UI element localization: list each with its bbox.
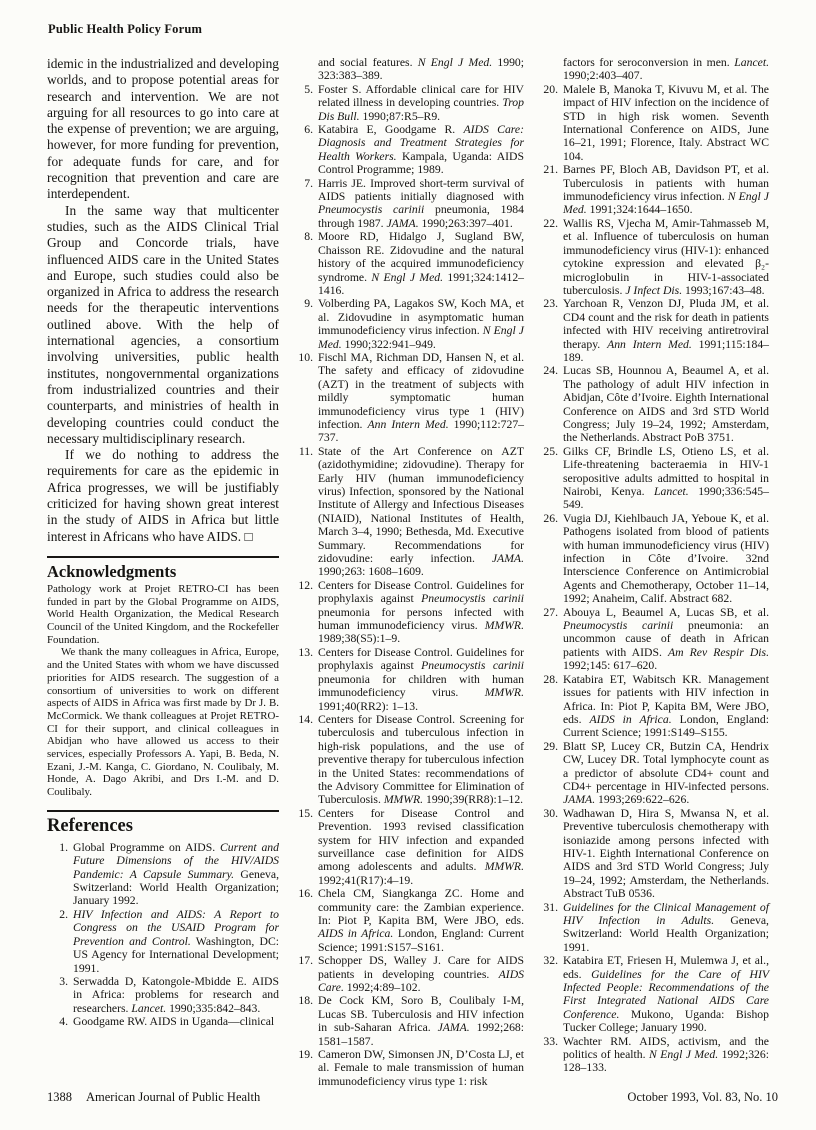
reference-item: 15.Centers for Disease Control and Preve… <box>292 807 524 887</box>
reference-text: Volberding PA, Lagakos SW, Koch MA, et a… <box>318 297 524 351</box>
acknowledgments-paragraph: We thank the many colleagues in Africa, … <box>47 646 279 798</box>
column-2: and social features. N Engl J Med. 1990;… <box>292 56 524 1088</box>
reference-item: 20.Malele B, Manoka T, Kivuvu M, et al. … <box>537 83 769 163</box>
reference-text: Harris JE. Improved short-term survival … <box>318 177 524 231</box>
section-divider <box>47 556 279 558</box>
reference-number: 28. <box>537 673 563 740</box>
reference-text: De Cock KM, Soro B, Coulibaly I-M, Lucas… <box>318 994 524 1048</box>
acknowledgments-paragraph: Pathology work at Projet RETRO-CI has be… <box>47 583 279 647</box>
reference-number: 22. <box>537 217 563 297</box>
reference-item: 29.Blatt SP, Lucey CR, Butzin CA, Hendri… <box>537 740 769 807</box>
reference-list-column-1: 1.Global Programme on AIDS. Current and … <box>47 841 279 1029</box>
reference-number: 5. <box>292 83 318 123</box>
reference-text: Yarchoan R, Venzon DJ, Pluda JM, et al. … <box>563 297 769 364</box>
reference-number: 4. <box>47 1015 73 1028</box>
reference-text: Centers for Disease Control. Screening f… <box>318 713 524 807</box>
reference-continuation: and social features. N Engl J Med. 1990;… <box>292 56 524 83</box>
reference-list-column-3: factors for seroconversion in men. Lance… <box>537 56 769 1075</box>
reference-text: Centers for Disease Control. Guidelines … <box>318 579 524 646</box>
reference-number: 2. <box>47 908 73 975</box>
reference-text: Barnes PF, Bloch AB, Davidson PT, et al.… <box>563 163 769 217</box>
reference-text: Fischl MA, Richman DD, Hansen N, et al. … <box>318 351 524 445</box>
reference-text: Cameron DW, Simonsen JN, D’Costa LJ, et … <box>318 1048 524 1088</box>
reference-number: 3. <box>47 975 73 1015</box>
reference-text: Blatt SP, Lucey CR, Butzin CA, Hendrix C… <box>563 740 769 807</box>
reference-number: 9. <box>292 297 318 351</box>
content-columns: idemic in the industrialized and develop… <box>47 56 769 1088</box>
reference-item: 14.Centers for Disease Control. Screenin… <box>292 713 524 807</box>
reference-text: Foster S. Affordable clinical care for H… <box>318 83 524 123</box>
reference-number: 33. <box>537 1035 563 1075</box>
reference-item: 22.Wallis RS, Vjecha M, Amir-Tahmasseb M… <box>537 217 769 297</box>
reference-text: Moore RD, Hidalgo J, Sugland BW, Chaisso… <box>318 230 524 297</box>
reference-number: 21. <box>537 163 563 217</box>
reference-number: 1. <box>47 841 73 908</box>
reference-item: 10.Fischl MA, Richman DD, Hansen N, et a… <box>292 351 524 445</box>
reference-text: Serwadda D, Katongole-Mbidde E. AIDS in … <box>73 975 279 1015</box>
reference-item: 19.Cameron DW, Simonsen JN, D’Costa LJ, … <box>292 1048 524 1088</box>
reference-text: Centers for Disease Control. Guidelines … <box>318 646 524 713</box>
reference-text: Centers for Disease Control and Preventi… <box>318 807 524 887</box>
reference-number: 26. <box>537 512 563 606</box>
reference-item: 26.Vugia DJ, Kiehlbauch JA, Yeboue K, et… <box>537 512 769 606</box>
reference-text: HIV Infection and AIDS: A Report to Cong… <box>73 908 279 975</box>
reference-number: 14. <box>292 713 318 807</box>
reference-text: Abouya L, Beaumel A, Lucas SB, et al. Pn… <box>563 606 769 673</box>
reference-number: 25. <box>537 445 563 512</box>
reference-number: 17. <box>292 954 318 994</box>
reference-item: 24.Lucas SB, Hounnou A, Beaumel A, et al… <box>537 364 769 444</box>
reference-number: 31. <box>537 901 563 955</box>
reference-number <box>537 56 563 83</box>
reference-text: Chela CM, Siangkanga ZC. Home and commun… <box>318 887 524 954</box>
reference-text: and social features. N Engl J Med. 1990;… <box>318 56 524 83</box>
reference-text: Lucas SB, Hounnou A, Beaumel A, et al. T… <box>563 364 769 444</box>
reference-item: 17.Schopper DS, Walley J. Care for AIDS … <box>292 954 524 994</box>
reference-item: 13.Centers for Disease Control. Guidelin… <box>292 646 524 713</box>
reference-number: 15. <box>292 807 318 887</box>
reference-number: 19. <box>292 1048 318 1088</box>
column-1: idemic in the industrialized and develop… <box>47 56 279 1088</box>
reference-item: 8.Moore RD, Hidalgo J, Sugland BW, Chais… <box>292 230 524 297</box>
reference-text: Vugia DJ, Kiehlbauch JA, Yeboue K, et al… <box>563 512 769 606</box>
reference-number: 24. <box>537 364 563 444</box>
reference-item: 28.Katabira ET, Wabitsch KR. Management … <box>537 673 769 740</box>
reference-text: Malele B, Manoka T, Kivuvu M, et al. The… <box>563 83 769 163</box>
reference-text: Global Programme on AIDS. Current and Fu… <box>73 841 279 908</box>
reference-text: Goodgame RW. AIDS in Uganda—clinical <box>73 1015 279 1028</box>
reference-number: 16. <box>292 887 318 954</box>
reference-text: Katabira ET, Friesen H, Mulemwa J, et al… <box>563 954 769 1034</box>
reference-continuation: factors for seroconversion in men. Lance… <box>537 56 769 83</box>
reference-number: 12. <box>292 579 318 646</box>
reference-number: 7. <box>292 177 318 231</box>
reference-item: 21.Barnes PF, Bloch AB, Davidson PT, et … <box>537 163 769 217</box>
reference-number: 27. <box>537 606 563 673</box>
reference-item: 23.Yarchoan R, Venzon DJ, Pluda JM, et a… <box>537 297 769 364</box>
acknowledgments-heading: Acknowledgments <box>47 562 279 581</box>
reference-text: Wachter RM. AIDS, activism, and the poli… <box>563 1035 769 1075</box>
reference-text: Gilks CF, Brindle LS, Otieno LS, et al. … <box>563 445 769 512</box>
reference-item: 2.HIV Infection and AIDS: A Report to Co… <box>47 908 279 975</box>
running-head: Public Health Policy Forum <box>48 22 202 37</box>
reference-item: 31.Guidelines for the Clinical Managemen… <box>537 901 769 955</box>
reference-text: factors for seroconversion in men. Lance… <box>563 56 769 83</box>
reference-number: 8. <box>292 230 318 297</box>
reference-item: 3.Serwadda D, Katongole-Mbidde E. AIDS i… <box>47 975 279 1015</box>
reference-text: Wadhawan D, Hira S, Mwansa N, et al. Pre… <box>563 807 769 901</box>
reference-number: 10. <box>292 351 318 445</box>
reference-number: 11. <box>292 445 318 579</box>
page-number: 1388 <box>47 1090 72 1105</box>
reference-item: 9.Volberding PA, Lagakos SW, Koch MA, et… <box>292 297 524 351</box>
reference-item: 18.De Cock KM, Soro B, Coulibaly I-M, Lu… <box>292 994 524 1048</box>
reference-number: 23. <box>537 297 563 364</box>
page-footer: 1388 American Journal of Public Health O… <box>47 1090 778 1105</box>
journal-name: American Journal of Public Health <box>86 1090 260 1105</box>
reference-item: 7.Harris JE. Improved short-term surviva… <box>292 177 524 231</box>
body-paragraph: idemic in the industrialized and develop… <box>47 56 279 203</box>
reference-item: 5.Foster S. Affordable clinical care for… <box>292 83 524 123</box>
body-paragraph: In the same way that multicenter studies… <box>47 203 279 447</box>
reference-number: 20. <box>537 83 563 163</box>
issue-info: October 1993, Vol. 83, No. 10 <box>627 1090 778 1105</box>
reference-text: Wallis RS, Vjecha M, Amir-Tahmasseb M, e… <box>563 217 769 297</box>
reference-number: 13. <box>292 646 318 713</box>
reference-text: Katabira E, Goodgame R. AIDS Care: Diagn… <box>318 123 524 177</box>
journal-page: Public Health Policy Forum idemic in the… <box>0 0 816 1130</box>
reference-item: 11.State of the Art Conference on AZT (a… <box>292 445 524 579</box>
section-divider <box>47 810 279 812</box>
references-heading: References <box>47 816 279 837</box>
reference-text: Guidelines for the Clinical Management o… <box>563 901 769 955</box>
reference-number: 18. <box>292 994 318 1048</box>
reference-number: 32. <box>537 954 563 1034</box>
reference-number <box>292 56 318 83</box>
reference-item: 25.Gilks CF, Brindle LS, Otieno LS, et a… <box>537 445 769 512</box>
reference-number: 6. <box>292 123 318 177</box>
reference-list-column-2: and social features. N Engl J Med. 1990;… <box>292 56 524 1088</box>
reference-item: 33.Wachter RM. AIDS, activism, and the p… <box>537 1035 769 1075</box>
reference-item: 12.Centers for Disease Control. Guidelin… <box>292 579 524 646</box>
reference-item: 16.Chela CM, Siangkanga ZC. Home and com… <box>292 887 524 954</box>
reference-item: 32.Katabira ET, Friesen H, Mulemwa J, et… <box>537 954 769 1034</box>
reference-item: 1.Global Programme on AIDS. Current and … <box>47 841 279 908</box>
reference-text: Katabira ET, Wabitsch KR. Management iss… <box>563 673 769 740</box>
reference-text: State of the Art Conference on AZT (azid… <box>318 445 524 579</box>
body-paragraph-article-end: If we do nothing to address the requirem… <box>47 447 279 545</box>
reference-item: 30.Wadhawan D, Hira S, Mwansa N, et al. … <box>537 807 769 901</box>
reference-text: Schopper DS, Walley J. Care for AIDS pat… <box>318 954 524 994</box>
reference-item: 6.Katabira E, Goodgame R. AIDS Care: Dia… <box>292 123 524 177</box>
reference-item: 27.Abouya L, Beaumel A, Lucas SB, et al.… <box>537 606 769 673</box>
column-3: factors for seroconversion in men. Lance… <box>537 56 769 1088</box>
reference-number: 30. <box>537 807 563 901</box>
reference-item: 4.Goodgame RW. AIDS in Uganda—clinical <box>47 1015 279 1028</box>
reference-number: 29. <box>537 740 563 807</box>
